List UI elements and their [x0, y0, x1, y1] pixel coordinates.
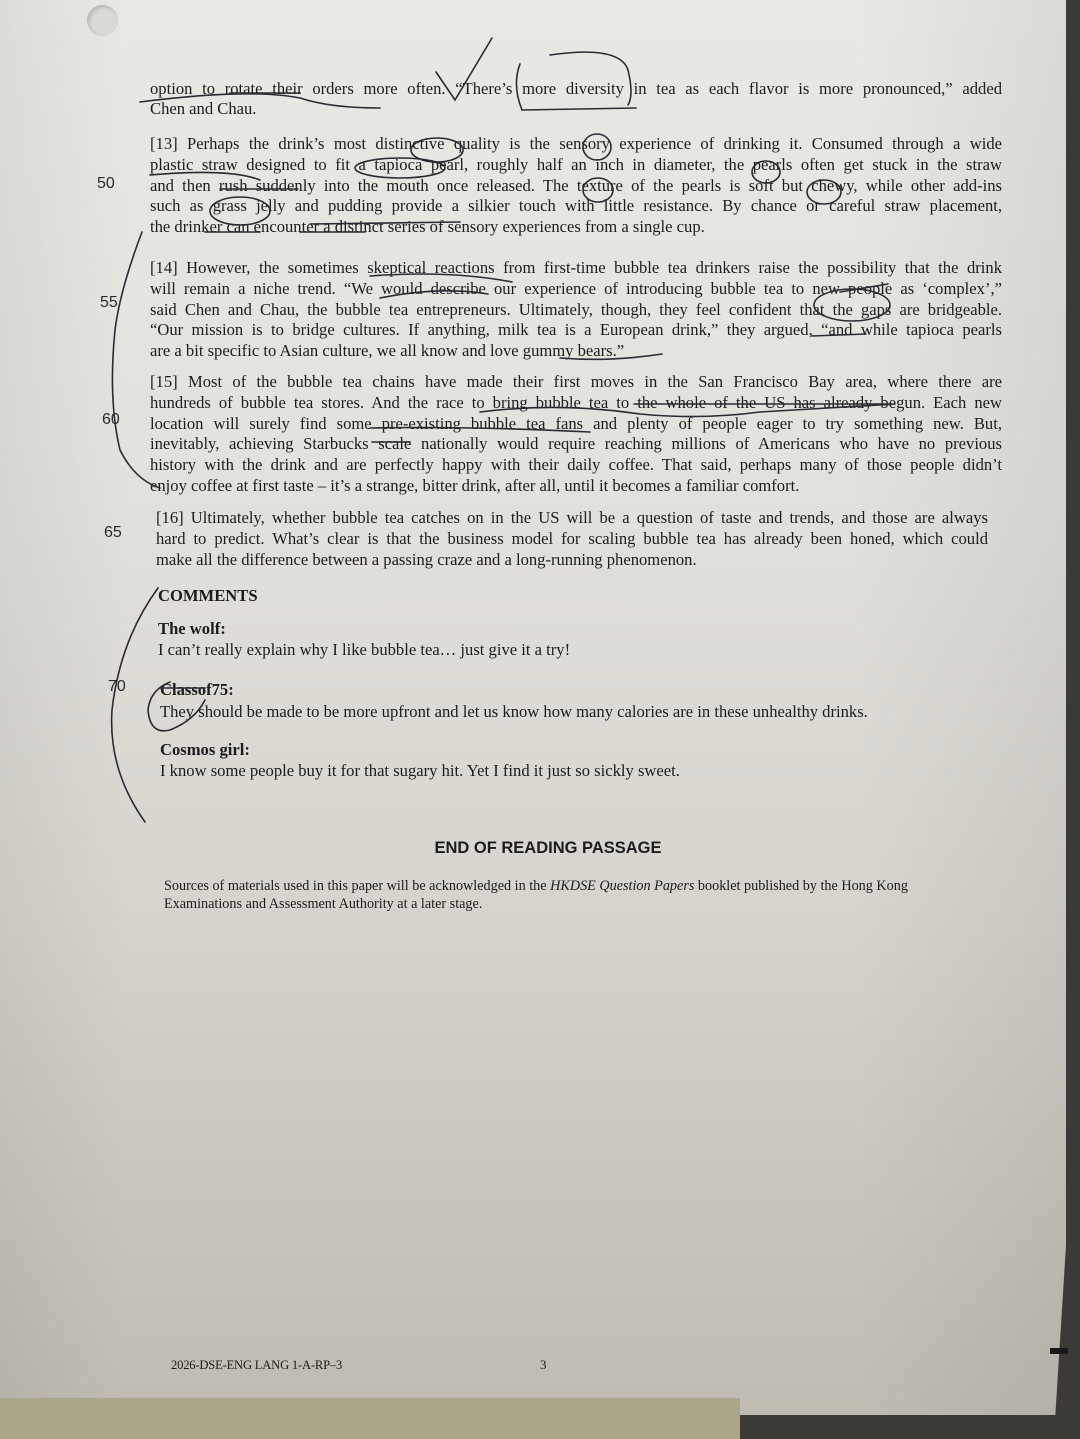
comment-3: Cosmos girl: I know some people buy it f… — [160, 740, 680, 782]
text-line: [15] Most of the bubble tea chains have … — [150, 372, 1002, 393]
comment-author: The wolf: — [158, 619, 570, 640]
comments-heading: COMMENTS — [158, 586, 258, 607]
comment-author: Classof75: — [160, 680, 868, 701]
line-number-60: 60 — [102, 411, 120, 429]
line-number-70: 70 — [108, 678, 126, 696]
booklet-title: HKDSE Question Papers — [550, 878, 694, 894]
comment-text: I can’t really explain why I like bubble… — [158, 640, 570, 661]
text-line: [14] However, the sometimes skeptical re… — [150, 258, 1002, 279]
text-line: Chen and Chau. — [150, 99, 1002, 120]
punch-hole — [87, 5, 118, 36]
paragraph-14: [14] However, the sometimes skeptical re… — [150, 258, 1002, 362]
text-line: hundreds of bubble tea stores. And the r… — [150, 393, 1002, 414]
sources-text: Sources of materials used in this paper … — [164, 878, 550, 894]
comment-1: The wolf: I can’t really explain why I l… — [158, 619, 570, 661]
sources-note: Sources of materials used in this paper … — [164, 878, 984, 913]
text-line: said Chen and Chau, the bubble tea entre… — [150, 300, 1002, 321]
text-line: “Our mission is to bridge cultures. If a… — [150, 320, 1002, 341]
page-number: 3 — [540, 1355, 547, 1376]
comment-text: I know some people buy it for that sugar… — [160, 761, 680, 782]
line-number-65: 65 — [104, 524, 122, 542]
background-surface — [0, 1398, 740, 1439]
text-line: location will surely find some pre-exist… — [150, 414, 1002, 435]
text-line: hard to predict. What’s clear is that th… — [156, 529, 988, 550]
comment-2: Classof75: They should be made to be mor… — [160, 680, 868, 723]
paper-code: 2026-DSE-ENG LANG 1-A-RP–3 — [171, 1355, 342, 1376]
text-line: plastic straw designed to fit a tapioca … — [150, 155, 1002, 176]
paragraph-12-end: option to rotate their orders more often… — [150, 79, 1002, 120]
text-line: such as grass jelly and pudding provide … — [150, 196, 1002, 217]
line-number-50: 50 — [97, 175, 115, 193]
line-number-55: 55 — [100, 294, 118, 312]
text-line: will remain a niche trend. “We would des… — [150, 279, 1002, 300]
text-line: enjoy coffee at first taste – it’s a str… — [150, 476, 1002, 497]
paragraph-13: [13] Perhaps the drink’s most distinctiv… — [150, 134, 1002, 238]
text-line: [16] Ultimately, whether bubble tea catc… — [156, 508, 988, 529]
text-line: [13] Perhaps the drink’s most distinctiv… — [150, 134, 1002, 155]
paragraph-15: [15] Most of the bubble tea chains have … — [150, 372, 1002, 497]
text-line: and then rush suddenly into the mouth on… — [150, 176, 1002, 197]
text-line: inevitably, achieving Starbucks scale na… — [150, 434, 1002, 455]
text-line: option to rotate their orders more often… — [150, 79, 1002, 100]
page-edge-mark — [1050, 1348, 1068, 1354]
paragraph-16: [16] Ultimately, whether bubble tea catc… — [156, 508, 988, 570]
text-line: make all the difference between a passin… — [156, 550, 988, 571]
comment-text: They should be made to be more upfront a… — [160, 702, 868, 723]
text-line: are a bit specific to Asian culture, we … — [150, 341, 1002, 362]
text-line: the drinker can encounter a distinct ser… — [150, 217, 1002, 238]
comment-author: Cosmos girl: — [160, 740, 680, 761]
text-line: history with the drink and are perfectly… — [150, 455, 1002, 476]
end-of-passage-heading: END OF READING PASSAGE — [0, 839, 1080, 858]
